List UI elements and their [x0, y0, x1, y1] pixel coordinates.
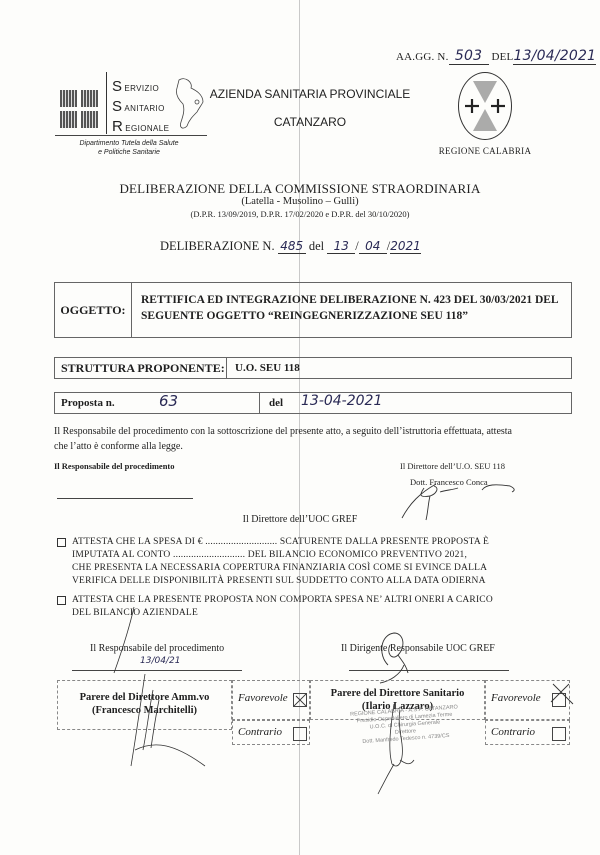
health-contrary-cell: Contrario	[485, 720, 570, 745]
deliberation-day: 13	[327, 239, 355, 254]
decree-references: (D.P.R. 13/09/2019, D.P.R. 17/02/2020 e …	[0, 209, 600, 219]
protocol-prefix: AA.GG. N.	[396, 51, 449, 63]
gref-manager-signature	[360, 625, 440, 685]
deliberation-month: 04	[359, 239, 387, 254]
deliberation-number-line: DELIBERAZIONE N. 485 del 13/04/2021	[160, 239, 421, 254]
subject-text: RETTIFICA ED INTEGRAZIONE DELIBERAZIONE …	[141, 292, 565, 324]
proposal-box: Proposta n. 63 del 13-04-2021	[54, 392, 572, 414]
deliberation-year: 2021	[390, 239, 421, 254]
organization-name: AZIENDA SANITARIA PROVINCIALE CATANZARO	[200, 80, 420, 136]
ssr-cross-logo	[60, 90, 100, 130]
deliberation-number: 485	[278, 239, 306, 254]
regione-calabria-emblem	[458, 72, 512, 140]
admin-contrary-checkbox[interactable]	[293, 727, 307, 741]
document-heading: DELIBERAZIONE DELLA COMMISSIONE STRAORDI…	[0, 181, 600, 197]
protocol-number: 503	[449, 48, 489, 65]
deliberation-del-label: del	[309, 239, 324, 253]
health-favorable-checkbox[interactable]	[552, 693, 566, 707]
ssr-word-servizio: SERVIZIO	[112, 78, 159, 95]
admin-favorable-cell: Favorevole	[232, 680, 310, 720]
proposal-date: 13-04-2021	[301, 393, 382, 409]
gref-option-no-expense: ATTESTA CHE LA PRESENTE PROPOSTA NON COM…	[72, 594, 552, 620]
admin-contrary-label: Contrario	[238, 726, 282, 738]
health-contrary-label: Contrario	[491, 726, 535, 738]
organization-line1: AZIENDA SANITARIA PROVINCIALE	[200, 80, 420, 108]
procedure-manager-signature-line	[57, 498, 193, 499]
ssr-divider	[55, 135, 207, 136]
ssr-word-regionale: REGIONALE	[112, 118, 169, 135]
deliberation-label: DELIBERAZIONE N.	[160, 239, 275, 253]
proposing-structure-value: U.O. SEU 118	[235, 358, 300, 378]
organization-line2: CATANZARO	[200, 108, 420, 136]
procedure-manager-label: Il Responsabile del procedimento	[54, 461, 175, 471]
gref-option-expense: ATTESTA CHE LA SPESA DI € ..............…	[72, 536, 552, 588]
region-label: REGIONE CALABRIA	[430, 146, 540, 156]
proposal-del-label: del	[269, 393, 283, 413]
proposal-label: Proposta n.	[61, 393, 115, 413]
attestation-paragraph: Il Responsabile del procedimento con la …	[54, 424, 574, 454]
protocol-reference: AA.GG. N.503 DEL13/04/2021	[396, 48, 596, 65]
admin-favorable-label: Favorevole	[238, 692, 288, 704]
protocol-date: 13/04/2021	[513, 48, 596, 65]
gref-director-heading: Il Direttore dell’UOC GREF	[0, 514, 600, 525]
uo-director-label: Il Direttore dell’U.O. SEU 118	[400, 461, 505, 471]
no-expense-checkbox[interactable]	[57, 596, 66, 605]
health-favorable-label: Favorevole	[491, 692, 541, 704]
subject-box: OGGETTO: RETTIFICA ED INTEGRAZIONE DELIB…	[54, 282, 572, 338]
health-favorable-cell: Favorevole	[485, 680, 570, 720]
admin-director-signature	[125, 670, 215, 770]
protocol-del-label: DEL	[491, 51, 513, 63]
admin-favorable-checkbox[interactable]	[293, 693, 307, 707]
gref-procedure-manager-signature	[108, 605, 138, 675]
admin-contrary-cell: Contrario	[232, 720, 310, 745]
proposal-number: 63	[159, 392, 178, 410]
ssr-word-sanitario: SANITARIO	[112, 98, 165, 115]
department-label: Dipartimento Tutela della Salute e Polit…	[50, 139, 208, 157]
health-director-signature	[370, 700, 430, 795]
expense-checkbox[interactable]	[57, 538, 66, 547]
commission-members: (Latella - Musolino – Gulli)	[0, 196, 600, 207]
gref-procedure-manager-note: 13/04/21	[140, 656, 180, 666]
subject-label: OGGETTO:	[55, 283, 132, 337]
health-contrary-checkbox[interactable]	[552, 727, 566, 741]
proposing-structure-label: STRUTTURA PROPONENTE:	[55, 358, 227, 378]
ssr-logo: SERVIZIO SANITARIO REGIONALE	[50, 70, 210, 135]
proposing-structure-box: STRUTTURA PROPONENTE: U.O. SEU 118	[54, 357, 572, 379]
